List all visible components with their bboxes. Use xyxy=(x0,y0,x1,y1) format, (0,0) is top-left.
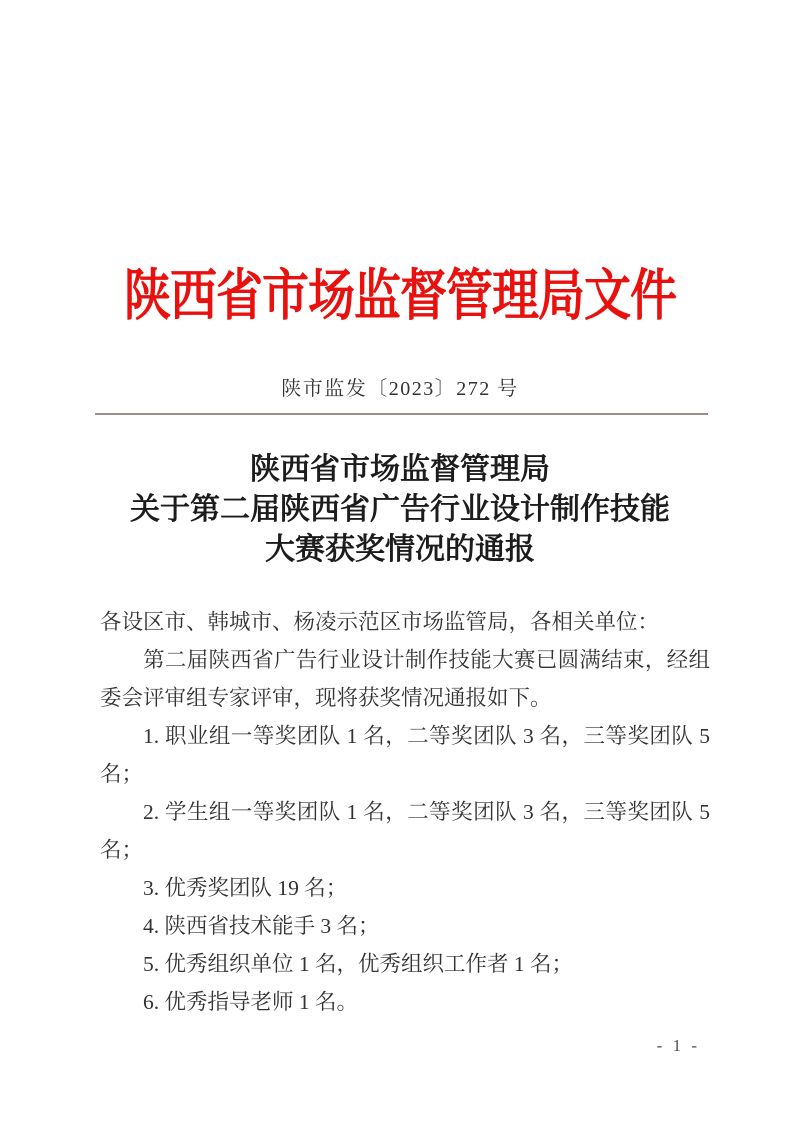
salutation-line: 各设区市、韩城市、杨凌示范区市场监管局，各相关单位： xyxy=(100,603,710,641)
award-item-5: 5. 优秀组织单位 1 名，优秀组织工作者 1 名； xyxy=(100,945,710,983)
document-title-line-1: 陕西省市场监督管理局 xyxy=(60,450,740,490)
award-item-3: 3. 优秀奖团队 19 名； xyxy=(100,869,710,907)
award-item-1: 1. 职业组一等奖团队 1 名，二等奖团队 3 名，三等奖团队 5 名； xyxy=(100,717,710,793)
award-item-2: 2. 学生组一等奖团队 1 名，二等奖团队 3 名，三等奖团队 5 名； xyxy=(100,793,710,869)
document-number: 陕市监发〔2023〕272 号 xyxy=(0,372,800,401)
intro-paragraph: 第二届陕西省广告行业设计制作技能大赛已圆满结束，经组委会评审组专家评审，现将获奖… xyxy=(100,641,710,717)
page-number: - 1 - xyxy=(657,1036,700,1056)
document-title: 陕西省市场监督管理局 关于第二届陕西省广告行业设计制作技能 大赛获奖情况的通报 xyxy=(60,450,740,570)
document-page: 陕西省市场监督管理局文件 陕市监发〔2023〕272 号 陕西省市场监督管理局 … xyxy=(0,0,800,1131)
award-item-6: 6. 优秀指导老师 1 名。 xyxy=(100,983,710,1021)
document-title-line-3: 大赛获奖情况的通报 xyxy=(60,530,740,570)
document-body: 各设区市、韩城市、杨凌示范区市场监管局，各相关单位： 第二届陕西省广告行业设计制… xyxy=(100,603,710,1021)
red-divider-line xyxy=(95,413,708,415)
document-title-line-2: 关于第二届陕西省广告行业设计制作技能 xyxy=(60,490,740,530)
red-document-header: 陕西省市场监督管理局文件 xyxy=(0,252,800,331)
award-item-4: 4. 陕西省技术能手 3 名； xyxy=(100,907,710,945)
